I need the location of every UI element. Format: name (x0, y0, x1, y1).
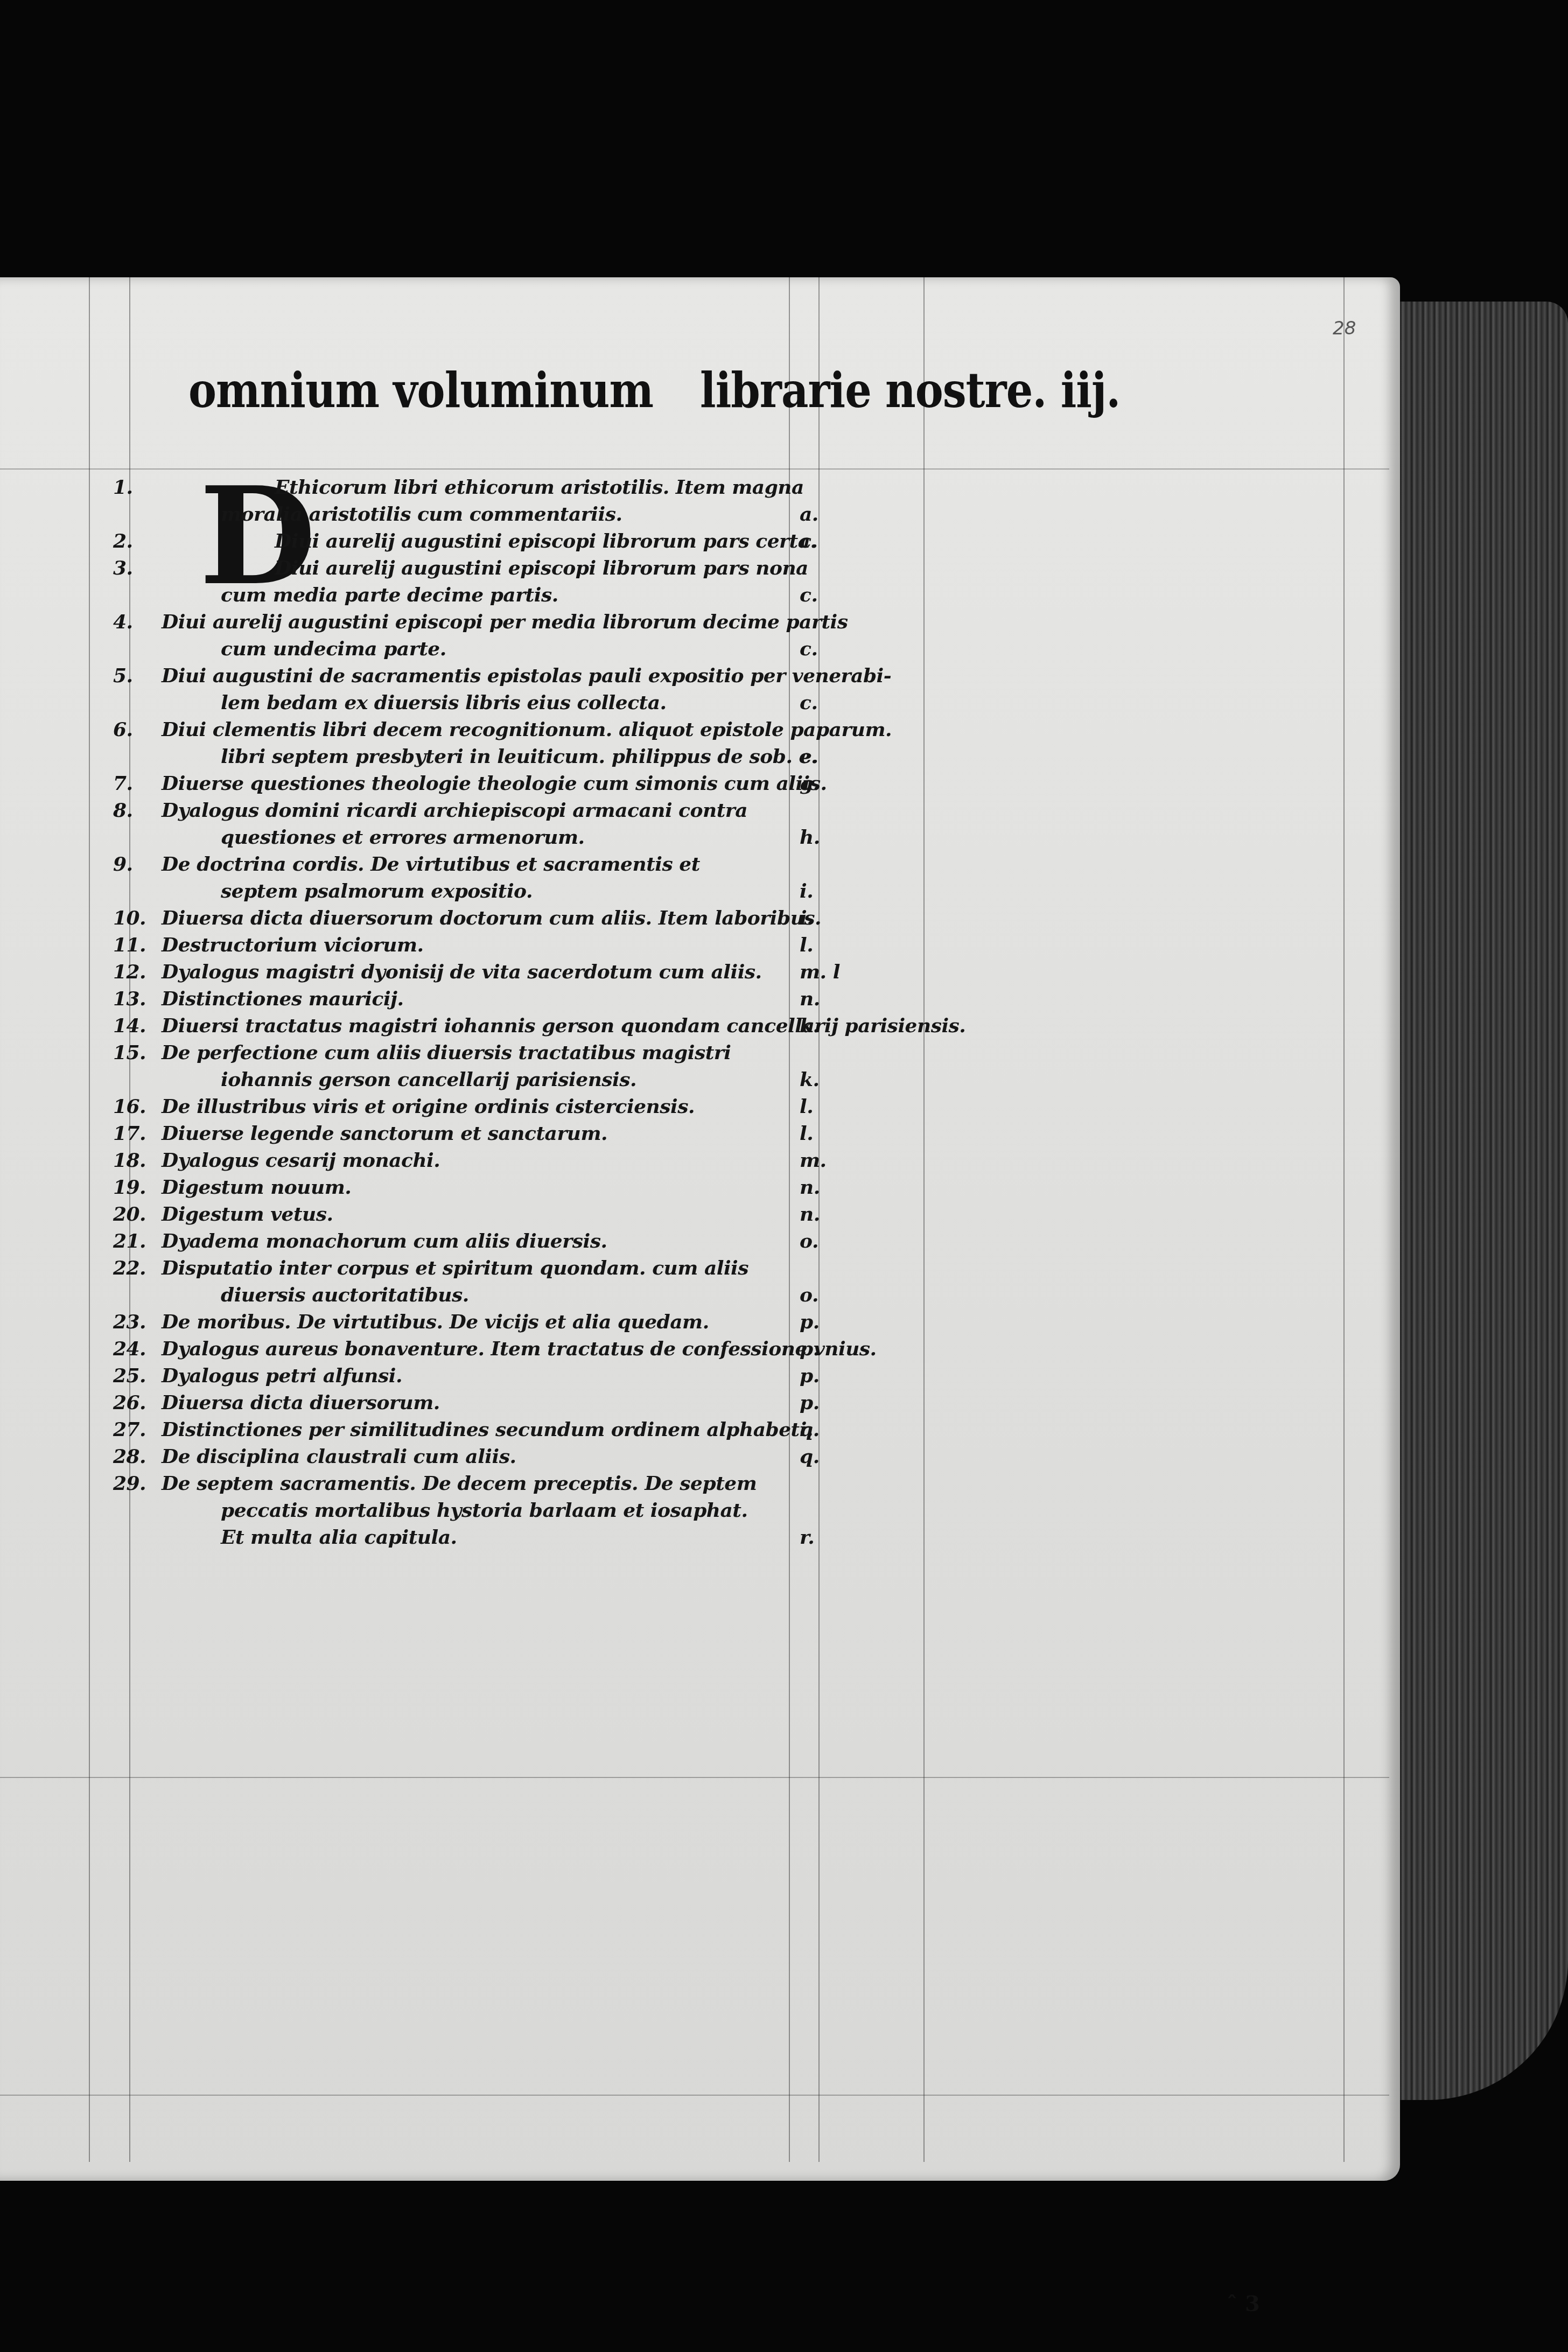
catalog-entry: 21.Dyadema monachorum cum aliis diuersis… (113, 1228, 948, 1255)
entry-number: 26. (113, 1389, 156, 1416)
entry-line: 22.Disputatio inter corpus et spiritum q… (113, 1255, 948, 1282)
entry-text: Diui aurelij augustini episcopi per medi… (162, 608, 848, 635)
page-title-library: librarie nostre. iij. (700, 362, 1120, 419)
entry-number: 12. (113, 958, 156, 985)
entry-text: De moribus. De virtutibus. De vicijs et … (162, 1308, 709, 1335)
catalog-entry: 5.Diui augustini de sacramentis epistola… (113, 662, 948, 716)
entry-text: cum media parte decime partis. (221, 582, 558, 608)
shelf-mark: e. (800, 743, 818, 770)
catalog-entry: 22.Disputatio inter corpus et spiritum q… (113, 1255, 948, 1308)
shelf-mark: p. (800, 1389, 820, 1416)
entry-line: lem bedam ex diuersis libris eius collec… (113, 689, 948, 716)
entry-number: 29. (113, 1470, 156, 1497)
shelf-mark: r. (800, 1524, 814, 1551)
catalog-entry: 16.De illustribus viris et origine ordin… (113, 1093, 948, 1120)
entry-text: peccatis mortalibus hystoria barlaam et … (221, 1497, 747, 1524)
catalog-entry: 28.De disciplina claustrali cum aliis.q. (113, 1443, 948, 1470)
entry-text: Destructorium viciorum. (162, 932, 424, 958)
entry-line: cum undecima parte.c. (113, 635, 948, 662)
catalog-entry: 9.De doctrina cordis. De virtutibus et s… (113, 851, 948, 905)
entry-line: Et multa alia capitula.r. (113, 1524, 948, 1551)
entry-line: 2.Diui aurelij augustini episcopi libror… (113, 528, 948, 555)
shelf-mark: o. (800, 1282, 818, 1308)
entry-number: 23. (113, 1308, 156, 1335)
entry-line: 8.Dyalogus domini ricardi archiepiscopi … (113, 797, 948, 824)
entry-number: 4. (113, 608, 156, 635)
catalog-entry: 15.De perfectione cum aliis diuersis tra… (113, 1039, 948, 1093)
entry-text: cum undecima parte. (221, 635, 446, 662)
margin-rule (89, 277, 90, 2162)
entry-text: Diuersa dicta diuersorum doctorum cum al… (162, 905, 821, 932)
entry-line: 25.Dyalogus petri alfunsi.p. (113, 1362, 948, 1389)
entry-line: 21.Dyadema monachorum cum aliis diuersis… (113, 1228, 948, 1255)
entry-number: 27. (113, 1416, 156, 1443)
entry-line: 12.Dyalogus magistri dyonisij de vita sa… (113, 958, 948, 985)
entry-line: 1.Ethicorum libri ethicorum aristotilis.… (113, 474, 948, 501)
catalog-entry: 19.Digestum nouum.n. (113, 1174, 948, 1201)
book-page-edges (1395, 302, 1568, 2100)
catalog-entry: 13.Distinctiones mauricij.n. (113, 985, 948, 1012)
entry-number: 17. (113, 1120, 156, 1147)
catalog-entry: 8.Dyalogus domini ricardi archiepiscopi … (113, 797, 948, 851)
entry-text: Ethicorum libri ethicorum aristotilis. I… (275, 474, 804, 501)
entry-text: Dyalogus cesarij monachi. (162, 1147, 440, 1174)
entry-number: 10. (113, 905, 156, 932)
entry-line: 27.Distinctiones per similitudines secun… (113, 1416, 948, 1443)
catalog-entry: 14.Diuersi tractatus magistri iohannis g… (113, 1012, 948, 1039)
entry-number: 28. (113, 1443, 156, 1470)
entry-text: Dyadema monachorum cum aliis diuersis. (162, 1228, 607, 1255)
entry-text: iohannis gerson cancellarij parisiensis. (221, 1066, 636, 1093)
entry-line: 17.Diuerse legende sanctorum et sanctaru… (113, 1120, 948, 1147)
shelf-mark: c. (800, 689, 817, 716)
entry-text: Diui augustini de sacramentis epistolas … (162, 662, 891, 689)
catalog-entries: 1.Ethicorum libri ethicorum aristotilis.… (113, 474, 948, 1551)
shelf-mark: p. (800, 1362, 820, 1389)
entry-text: De septem sacramentis. De decem precepti… (162, 1470, 757, 1497)
shelf-mark: n. (800, 985, 820, 1012)
entry-text: Dyalogus magistri dyonisij de vita sacer… (162, 958, 762, 985)
shelf-mark: k. (800, 1012, 819, 1039)
entry-line: 9.De doctrina cordis. De virtutibus et s… (113, 851, 948, 878)
entry-number: 20. (113, 1201, 156, 1228)
shelf-mark: n. (800, 1174, 820, 1201)
bottom-rule (0, 2095, 1389, 2096)
entry-text: Diuerse legende sanctorum et sanctarum. (162, 1120, 607, 1147)
entry-number: 8. (113, 797, 156, 824)
entry-text: Diui aurelij augustini episcopi librorum… (275, 555, 808, 582)
shelf-mark: c. (800, 635, 817, 662)
entry-line: 29.De septem sacramentis. De decem prece… (113, 1470, 948, 1497)
entry-text: Disputatio inter corpus et spiritum quon… (162, 1255, 748, 1282)
entry-text: Digestum nouum. (162, 1174, 351, 1201)
entry-line: 19.Digestum nouum.n. (113, 1174, 948, 1201)
entry-number: 7. (113, 770, 156, 797)
shelf-mark: l. (800, 932, 813, 958)
entry-line: 10.Diuersa dicta diuersorum doctorum cum… (113, 905, 948, 932)
shelf-mark: i. (800, 905, 813, 932)
shelf-mark: i. (800, 878, 813, 905)
entry-line: 11.Destructorium viciorum.l. (113, 932, 948, 958)
entry-line: 3.Diui aurelij augustini episcopi libror… (113, 555, 948, 582)
catalog-entry: 20.Digestum vetus.n. (113, 1201, 948, 1228)
entry-line: moralia aristotilis cum commentariis.a. (113, 501, 948, 528)
entry-number: 2. (113, 528, 156, 555)
entry-line: cum media parte decime partis.c. (113, 582, 948, 608)
entry-line: peccatis mortalibus hystoria barlaam et … (113, 1497, 948, 1524)
entry-text: Dyalogus domini ricardi archiepiscopi ar… (162, 797, 747, 824)
shelf-mark: o. (800, 1228, 818, 1255)
catalog-entry: 3.Diui aurelij augustini episcopi libror… (113, 555, 948, 608)
catalog-entry: 11.Destructorium viciorum.l. (113, 932, 948, 958)
shelf-mark: g. (800, 770, 820, 797)
shelf-mark: h. (800, 824, 820, 851)
catalog-entry: 24.Dyalogus aureus bonaventure. Item tra… (113, 1335, 948, 1362)
catalog-entry: 10.Diuersa dicta diuersorum doctorum cum… (113, 905, 948, 932)
entry-text: Distinctiones per similitudines secundum… (162, 1416, 813, 1443)
entry-text: libri septem presbyteri in leuiticum. ph… (221, 743, 817, 770)
entry-number: 9. (113, 851, 156, 878)
entry-text: Dyalogus aureus bonaventure. Item tracta… (162, 1335, 877, 1362)
entry-text: Diuersa dicta diuersorum. (162, 1389, 440, 1416)
entry-line: 28.De disciplina claustrali cum aliis.q. (113, 1443, 948, 1470)
entry-number: 6. (113, 716, 156, 743)
entry-line: diuersis auctoritatibus.o. (113, 1282, 948, 1308)
shelf-mark: n. (800, 1201, 820, 1228)
entry-line: 20.Digestum vetus.n. (113, 1201, 948, 1228)
page-title: omnium voluminum (188, 362, 653, 419)
entry-line: 6.Diui clementis libri decem recognition… (113, 716, 948, 743)
entry-line: 18.Dyalogus cesarij monachi.m. (113, 1147, 948, 1174)
entry-number: 21. (113, 1228, 156, 1255)
shelf-mark: p. (800, 1335, 820, 1362)
shelf-mark: q. (800, 1416, 820, 1443)
entry-line: 15.De perfectione cum aliis diuersis tra… (113, 1039, 948, 1066)
entry-text: septem psalmorum expositio. (221, 878, 533, 905)
entry-line: 14.Diuersi tractatus magistri iohannis g… (113, 1012, 948, 1039)
catalog-entry: 4.Diui aurelij augustini episcopi per me… (113, 608, 948, 662)
entry-number: 3. (113, 555, 156, 582)
entry-number: 1. (113, 474, 156, 501)
entry-number: 5. (113, 662, 156, 689)
entry-text: De illustribus viris et origine ordinis … (162, 1093, 695, 1120)
catalog-entry: 17.Diuerse legende sanctorum et sanctaru… (113, 1120, 948, 1147)
entry-text: questiones et errores armenorum. (221, 824, 585, 851)
shelf-mark: l. (800, 1120, 813, 1147)
entry-line: septem psalmorum expositio.i. (113, 878, 948, 905)
entry-number: 22. (113, 1255, 156, 1282)
entry-text: lem bedam ex diuersis libris eius collec… (221, 689, 667, 716)
shelf-mark: p. (800, 1308, 820, 1335)
entry-text: Distinctiones mauricij. (162, 985, 404, 1012)
catalog-entry: 18.Dyalogus cesarij monachi.m. (113, 1147, 948, 1174)
entry-number: 25. (113, 1362, 156, 1389)
catalog-entry: 6.Diui clementis libri decem recognition… (113, 716, 948, 770)
catalog-entry: 26.Diuersa dicta diuersorum.p. (113, 1389, 948, 1416)
entry-line: 13.Distinctiones mauricij.n. (113, 985, 948, 1012)
shelf-mark: m. l (800, 958, 840, 985)
entry-text: moralia aristotilis cum commentariis. (221, 501, 622, 528)
entry-number: 24. (113, 1335, 156, 1362)
entry-text: De disciplina claustrali cum aliis. (162, 1443, 516, 1470)
entry-text: Digestum vetus. (162, 1201, 333, 1228)
entry-number: 14. (113, 1012, 156, 1039)
shelf-mark: a. (800, 501, 818, 528)
entry-line: questiones et errores armenorum.h. (113, 824, 948, 851)
shelf-mark: l. (800, 1093, 813, 1120)
margin-rule (1343, 277, 1345, 2162)
entry-number: 19. (113, 1174, 156, 1201)
quire-signature: ˆ 3 (1227, 2291, 1260, 2316)
entry-number: 18. (113, 1147, 156, 1174)
entry-text: diuersis auctoritatibus. (221, 1282, 469, 1308)
catalog-entry: 29.De septem sacramentis. De decem prece… (113, 1470, 948, 1551)
catalog-entry: 1.Ethicorum libri ethicorum aristotilis.… (113, 474, 948, 528)
entry-number: 15. (113, 1039, 156, 1066)
entry-number: 13. (113, 985, 156, 1012)
entry-text: Diuersi tractatus magistri iohannis gers… (162, 1012, 965, 1039)
entry-text: De perfectione cum aliis diuersis tracta… (162, 1039, 731, 1066)
catalog-entry: 7.Diuerse questiones theologie theologie… (113, 770, 948, 797)
entry-line: 24.Dyalogus aureus bonaventure. Item tra… (113, 1335, 948, 1362)
shelf-mark: c. (800, 582, 817, 608)
entry-line: 23.De moribus. De virtutibus. De vicijs … (113, 1308, 948, 1335)
entry-line: 16.De illustribus viris et origine ordin… (113, 1093, 948, 1120)
folio-number: 28 (1333, 318, 1356, 339)
entry-line: libri septem presbyteri in leuiticum. ph… (113, 743, 948, 770)
entry-line: iohannis gerson cancellarij parisiensis.… (113, 1066, 948, 1093)
entry-text: Dyalogus petri alfunsi. (162, 1362, 402, 1389)
entry-line: 5.Diui augustini de sacramentis epistola… (113, 662, 948, 689)
entry-line: 7.Diuerse questiones theologie theologie… (113, 770, 948, 797)
entry-number: 16. (113, 1093, 156, 1120)
catalog-entry: 2.Diui aurelij augustini episcopi libror… (113, 528, 948, 555)
shelf-mark: q. (800, 1443, 820, 1470)
catalog-entry: 27.Distinctiones per similitudines secun… (113, 1416, 948, 1443)
entry-line: 4.Diui aurelij augustini episcopi per me… (113, 608, 948, 635)
shelf-mark: m. (800, 1147, 827, 1174)
shelf-mark: k. (800, 1066, 819, 1093)
catalog-entry: 12.Dyalogus magistri dyonisij de vita sa… (113, 958, 948, 985)
entry-number: 11. (113, 932, 156, 958)
entry-text: Diui clementis libri decem recognitionum… (162, 716, 892, 743)
catalog-entry: 23.De moribus. De virtutibus. De vicijs … (113, 1308, 948, 1335)
entry-text: Diui aurelij augustini episcopi librorum… (275, 528, 817, 555)
entry-text: Diuerse questiones theologie theologie c… (162, 770, 827, 797)
entry-text: De doctrina cordis. De virtutibus et sac… (162, 851, 700, 878)
entry-line: 26.Diuersa dicta diuersorum.p. (113, 1389, 948, 1416)
footer-rule (0, 1777, 1389, 1778)
entry-text: Et multa alia capitula. (221, 1524, 457, 1551)
shelf-mark: c. (800, 528, 817, 555)
catalog-entry: 25.Dyalogus petri alfunsi.p. (113, 1362, 948, 1389)
